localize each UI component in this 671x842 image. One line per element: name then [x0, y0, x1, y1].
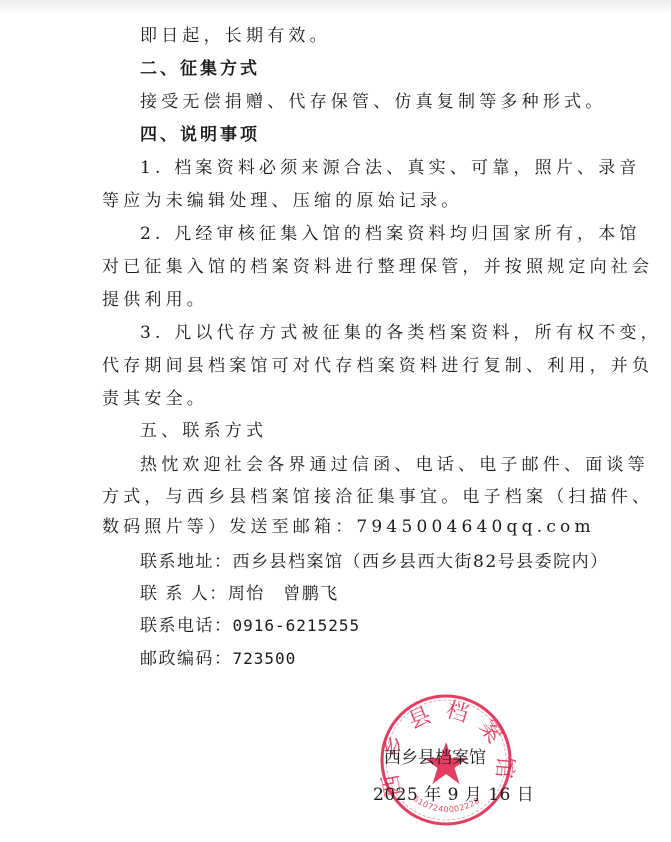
paragraph-line-email: 数码照片等）发送至邮箱：7945004640qq.com — [102, 516, 595, 538]
signature-date: 2025 年 9 月 16 日 — [373, 784, 534, 806]
paragraph-line: 方式，与西乡县档案馆接洽征集事宜。电子档案（扫描件、 — [102, 486, 653, 508]
paragraph-line: 对已征集入馆的档案资料进行整理保管，并按照规定向社会 — [102, 256, 653, 278]
paragraph-line: 1. 档案资料必须来源合法、真实、可靠，照片、录音 — [140, 157, 641, 179]
paragraph-line: 提供利用。 — [102, 289, 208, 311]
contact-phone-value: 0916-6215255 — [233, 616, 361, 635]
paragraph-line: 即日起，长期有效。 — [140, 25, 331, 47]
section-heading-collection-method: 二、征集方式 — [140, 58, 260, 80]
contact-phone: 联系电话：0916-6215255 — [140, 615, 360, 637]
contact-person: 联 系 人：周怡 曾鹏飞 — [140, 583, 339, 605]
paragraph-line: 接受无偿捐赠、代存保管、仿真复制等多种形式。 — [140, 91, 606, 113]
section-heading-contact: 五、联系方式 — [140, 420, 267, 442]
paragraph-line: 2. 凡经审核征集入馆的档案资料均归国家所有，本馆 — [140, 223, 641, 245]
contact-address: 联系地址：西乡县档案馆（西乡县西大街82号县委院内） — [140, 551, 609, 573]
contact-postcode-label: 邮政编码： — [140, 649, 233, 669]
scan-top-shade — [0, 0, 671, 14]
contact-person-label: 联 系 人： — [140, 584, 228, 604]
contact-person-value: 周怡 曾鹏飞 — [228, 584, 339, 604]
contact-postcode-value: 723500 — [233, 649, 297, 668]
contact-phone-label: 联系电话： — [140, 616, 233, 636]
contact-address-value: 西乡县档案馆（西乡县西大街82号县委院内） — [233, 552, 609, 572]
paragraph-line: 责其安全。 — [102, 388, 208, 410]
paragraph-line: 热忱欢迎社会各界通过信函、电话、电子邮件、面谈等 — [140, 454, 649, 476]
signature-org: 西乡县档案馆 — [384, 747, 486, 769]
section-heading-notes: 四、说明事项 — [140, 124, 260, 146]
contact-address-label: 联系地址： — [140, 552, 233, 572]
paragraph-line: 代存期间县档案馆可对代存档案资料进行复制、利用，并负 — [102, 355, 653, 377]
paragraph-line: 等应为未编辑处理、压缩的原始记录。 — [102, 190, 462, 212]
contact-postcode: 邮政编码：723500 — [140, 648, 296, 670]
paragraph-line: 3. 凡以代存方式被征集的各类档案资料，所有权不变， — [140, 322, 662, 344]
